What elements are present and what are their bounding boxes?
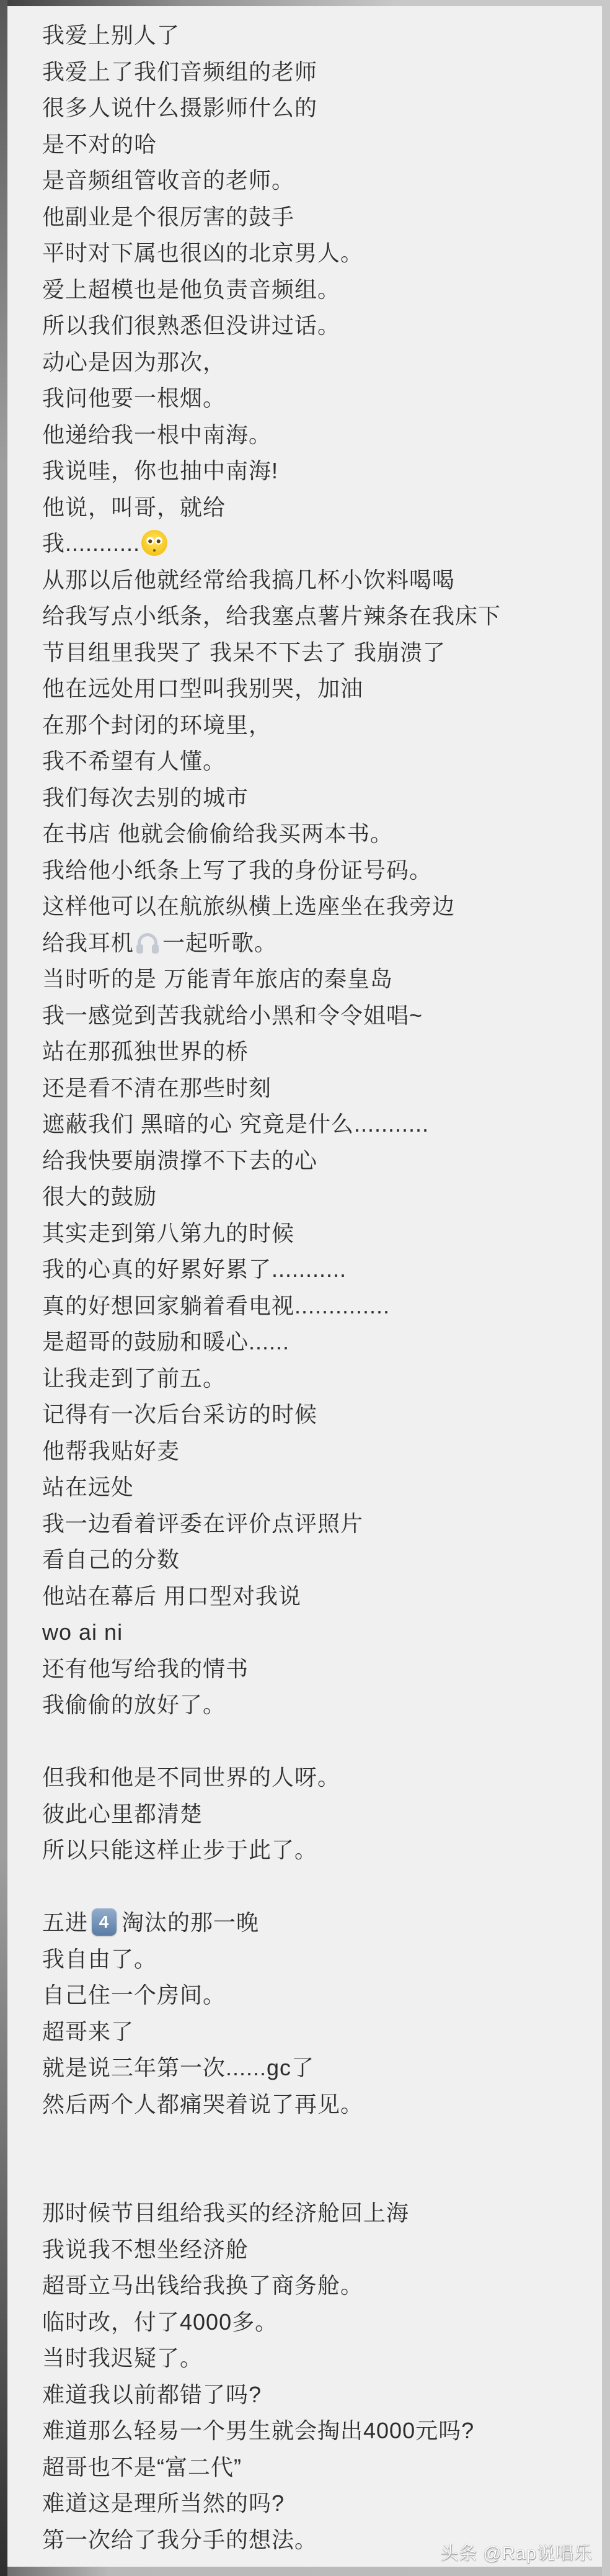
- line-text: 节目组里我哭了 我呆不下去了 我崩溃了: [42, 640, 446, 665]
- text-line: 难道那么轻易一个男生就会掏出4000元吗?: [42, 2413, 596, 2449]
- line-text: 所以只能这样止步于此了。: [42, 1837, 317, 1863]
- line-text: 我爱上了我们音频组的老师: [42, 59, 317, 84]
- text-line: 所以我们很熟悉但没讲过话。: [42, 308, 596, 344]
- text-line: 给我耳机一起听歌。: [42, 925, 596, 962]
- text-line: 我...........: [42, 525, 596, 562]
- line-text: 很多人说什么摄影师什么的: [42, 95, 317, 120]
- line-text: 超哥来了: [42, 2019, 134, 2044]
- line-text: 我...........: [42, 530, 140, 556]
- text-line: 临时改，付了4000多。: [42, 2304, 596, 2341]
- text-line: 我的心真的好累好累了...........: [42, 1251, 596, 1288]
- line-text: 是音频组管收音的老师。: [42, 168, 294, 193]
- text-line: 站在远处: [42, 1469, 596, 1506]
- line-text: 就是说三年第一次......gc了: [42, 2055, 314, 2080]
- line-text: 给我写点小纸条，给我塞点薯片辣条在我床下: [42, 603, 501, 628]
- text-line: 难道这是理所当然的吗?: [42, 2485, 596, 2522]
- line-text: 五进: [42, 1910, 88, 1935]
- text-line: 五进4淘汰的那一晚: [42, 1905, 596, 1941]
- text-line: 他站在幕后 用口型对我说: [42, 1578, 596, 1615]
- text-line: 我问他要一根烟。: [42, 380, 596, 417]
- blank-line: [42, 2159, 596, 2196]
- line-text: 他副业是个很厉害的鼓手: [42, 204, 294, 230]
- text-line: 我说我不想坐经济舱: [42, 2232, 596, 2268]
- text-line: 自己住一个房间。: [42, 1977, 596, 2014]
- text-line: 遮蔽我们 黑暗的心 究竟是什么...........: [42, 1106, 596, 1143]
- line-text: 是超哥的鼓励和暖心......: [42, 1329, 290, 1354]
- text-line: 从那以后他就经常给我搞几杯小饮料喝喝: [42, 562, 596, 599]
- text-line: 那时候节目组给我买的经济舱回上海: [42, 2195, 596, 2232]
- line-text: 还有他写给我的情书: [42, 1656, 249, 1681]
- text-line: 他帮我贴好麦: [42, 1433, 596, 1470]
- line-text: 他帮我贴好麦: [42, 1438, 180, 1464]
- line-text: 爱上超模也是他负责音频组。: [42, 277, 340, 302]
- text-line: 我一边看着评委在评价点评照片: [42, 1506, 596, 1542]
- line-text: 动心是因为那次，: [42, 349, 226, 375]
- line-text: 其实走到第八第九的时候: [42, 1220, 294, 1246]
- line-text: 我说哇，你也抽中南海!: [42, 458, 278, 483]
- line-text: 他递给我一根中南海。: [42, 422, 272, 447]
- headphone-emoji: [135, 931, 160, 954]
- text-line: 是音频组管收音的老师。: [42, 163, 596, 199]
- line-text: 难道这是理所当然的吗?: [42, 2490, 285, 2516]
- text-line: 节目组里我哭了 我呆不下去了 我崩溃了: [42, 635, 596, 671]
- text-line: 就是说三年第一次......gc了: [42, 2050, 596, 2086]
- frame-border-right: [602, 0, 610, 2576]
- line-text: 第一次给了我分手的想法。: [42, 2527, 317, 2552]
- line-text: 但我和他是不同世界的人呀。: [42, 1764, 340, 1790]
- text-line: 超哥也不是“富二代”: [42, 2449, 596, 2486]
- line-text: 他说，叫哥，就给: [42, 494, 226, 520]
- text-line: 让我走到了前五。: [42, 1361, 596, 1397]
- line-text: 然后两个人都痛哭着说了再见。: [42, 2091, 363, 2117]
- frame-border-left: [0, 0, 7, 2576]
- text-line: 我爱上别人了: [42, 17, 596, 54]
- line-text: 真的好想回家躺着看电视..............: [42, 1293, 390, 1318]
- line-text: 从那以后他就经常给我搞几杯小饮料喝喝: [42, 567, 455, 593]
- text-line: 我爱上了我们音频组的老师: [42, 54, 596, 91]
- line-text: 当时我迟疑了。: [42, 2345, 203, 2371]
- text-line: 我不希望有人懂。: [42, 743, 596, 780]
- blank-line: [42, 1724, 596, 1760]
- text-line: 我自由了。: [42, 1941, 596, 1978]
- text-line: 还有他写给我的情书: [42, 1651, 596, 1688]
- line-text: 看自己的分数: [42, 1547, 180, 1572]
- text-content: 我爱上别人了我爱上了我们音频组的老师很多人说什么摄影师什么的是不对的哈是音频组管…: [7, 6, 602, 2567]
- text-line: 我说哇，你也抽中南海!: [42, 453, 596, 490]
- flushed-face-emoji: [141, 530, 167, 556]
- text-line: wo ai ni: [42, 1614, 596, 1651]
- text-line: 当时我迟疑了。: [42, 2340, 596, 2377]
- text-line: 给我写点小纸条，给我塞点薯片辣条在我床下: [42, 598, 596, 635]
- line-text: 在书店 他就会偷偷给我买两本书。: [42, 821, 393, 846]
- line-text: 记得有一次后台采访的时候: [42, 1402, 317, 1427]
- line-text: 我一感觉到苦我就给小黑和令令姐唱~: [42, 1003, 423, 1028]
- line-text: 超哥也不是“富二代”: [42, 2454, 242, 2480]
- line-text: 给我耳机: [42, 930, 134, 955]
- text-line: 超哥来了: [42, 2014, 596, 2051]
- text-line: 但我和他是不同世界的人呀。: [42, 1760, 596, 1796]
- line-text: 一起听歌。: [162, 930, 277, 955]
- blank-line: [42, 2122, 596, 2159]
- line-text: 给我快要崩溃撑不下去的心: [42, 1148, 317, 1173]
- text-line: 彼此心里都清楚: [42, 1796, 596, 1833]
- line-text: 我给他小纸条上写了我的身份证号码。: [42, 857, 432, 883]
- text-line: 给我快要崩溃撑不下去的心: [42, 1143, 596, 1179]
- line-text: 我的心真的好累好累了...........: [42, 1256, 347, 1282]
- line-text: 他在远处用口型叫我别哭，加油: [42, 676, 363, 701]
- line-text: 很大的鼓励: [42, 1184, 157, 1209]
- line-text: wo ai ni: [42, 1619, 123, 1645]
- text-line: 看自己的分数: [42, 1542, 596, 1578]
- text-line: 站在那孤独世界的桥: [42, 1034, 596, 1070]
- frame-border-top: [0, 0, 610, 6]
- line-text: 我偷偷的放好了。: [42, 1692, 226, 1717]
- line-text: 是不对的哈: [42, 132, 157, 157]
- text-line: 还是看不清在那些时刻: [42, 1070, 596, 1107]
- line-text: 那时候节目组给我买的经济舱回上海: [42, 2200, 409, 2225]
- line-text: 我说我不想坐经济舱: [42, 2237, 249, 2262]
- line-text: 所以我们很熟悉但没讲过话。: [42, 313, 340, 338]
- text-line: 难道我以前都错了吗?: [42, 2377, 596, 2413]
- line-text: 我自由了。: [42, 1946, 157, 1972]
- text-line: 他说，叫哥，就给: [42, 490, 596, 526]
- text-line: 我给他小纸条上写了我的身份证号码。: [42, 852, 596, 889]
- text-line: 当时听的是 万能青年旅店的秦皇岛: [42, 961, 596, 998]
- text-line: 在那个封闭的环境里，: [42, 707, 596, 744]
- text-line: 这样他可以在航旅纵横上选座坐在我旁边: [42, 888, 596, 925]
- line-text: 我一边看着评委在评价点评照片: [42, 1511, 363, 1536]
- text-line: 我们每次去别的城市: [42, 780, 596, 816]
- text-line: 平时对下属也很凶的北京男人。: [42, 235, 596, 272]
- keycap-4-emoji: 4: [92, 1908, 117, 1936]
- line-text: 我问他要一根烟。: [42, 385, 226, 411]
- text-line: 我一感觉到苦我就给小黑和令令姐唱~: [42, 998, 596, 1034]
- text-line: 爱上超模也是他负责音频组。: [42, 272, 596, 308]
- text-line: 很大的鼓励: [42, 1179, 596, 1215]
- line-text: 让我走到了前五。: [42, 1366, 226, 1391]
- line-text: 我不希望有人懂。: [42, 748, 226, 774]
- text-line: 所以只能这样止步于此了。: [42, 1832, 596, 1869]
- line-text: 临时改，付了4000多。: [42, 2309, 278, 2335]
- line-text: 超哥立马出钱给我换了商务舱。: [42, 2273, 363, 2298]
- text-line: 超哥立马出钱给我换了商务舱。: [42, 2268, 596, 2304]
- text-line: 我偷偷的放好了。: [42, 1687, 596, 1724]
- line-text: 难道我以前都错了吗?: [42, 2382, 262, 2407]
- text-line: 然后两个人都痛哭着说了再见。: [42, 2086, 596, 2123]
- text-line: 他递给我一根中南海。: [42, 417, 596, 454]
- line-text: 当时听的是 万能青年旅店的秦皇岛: [42, 966, 393, 991]
- line-text: 彼此心里都清楚: [42, 1801, 203, 1827]
- line-text: 我爱上别人了: [42, 22, 180, 48]
- line-text: 这样他可以在航旅纵横上选座坐在我旁边: [42, 893, 455, 919]
- text-line: 动心是因为那次，: [42, 344, 596, 381]
- text-line: 记得有一次后台采访的时候: [42, 1397, 596, 1433]
- line-text: 遮蔽我们 黑暗的心 究竟是什么...........: [42, 1111, 429, 1137]
- line-text: 站在那孤独世界的桥: [42, 1039, 249, 1064]
- text-line: 其实走到第八第九的时候: [42, 1215, 596, 1252]
- line-text: 难道那么轻易一个男生就会掏出4000元吗?: [42, 2418, 474, 2443]
- text-line: 他在远处用口型叫我别哭，加油: [42, 671, 596, 707]
- screenshot-frame: 我爱上别人了我爱上了我们音频组的老师很多人说什么摄影师什么的是不对的哈是音频组管…: [0, 0, 610, 2576]
- line-text: 我们每次去别的城市: [42, 785, 249, 810]
- frame-border-bottom: [0, 2567, 610, 2576]
- line-text: 自己住一个房间。: [42, 1982, 226, 2008]
- text-line: 是不对的哈: [42, 127, 596, 163]
- line-text: 站在远处: [42, 1474, 134, 1500]
- text-line: 真的好想回家躺着看电视..............: [42, 1288, 596, 1325]
- line-text: 还是看不清在那些时刻: [42, 1075, 272, 1101]
- line-text: 平时对下属也很凶的北京男人。: [42, 240, 363, 266]
- text-line: 他副业是个很厉害的鼓手: [42, 199, 596, 236]
- line-text: 淘汰的那一晚: [122, 1910, 259, 1935]
- watermark: 头条 @Rap说唱乐: [440, 2539, 593, 2565]
- text-line: 在书店 他就会偷偷给我买两本书。: [42, 816, 596, 852]
- line-text: 在那个封闭的环境里，: [42, 712, 272, 738]
- line-text: 他站在幕后 用口型对我说: [42, 1583, 301, 1609]
- text-line: 很多人说什么摄影师什么的: [42, 90, 596, 127]
- text-line: 是超哥的鼓励和暖心......: [42, 1324, 596, 1361]
- blank-line: [42, 1869, 596, 1905]
